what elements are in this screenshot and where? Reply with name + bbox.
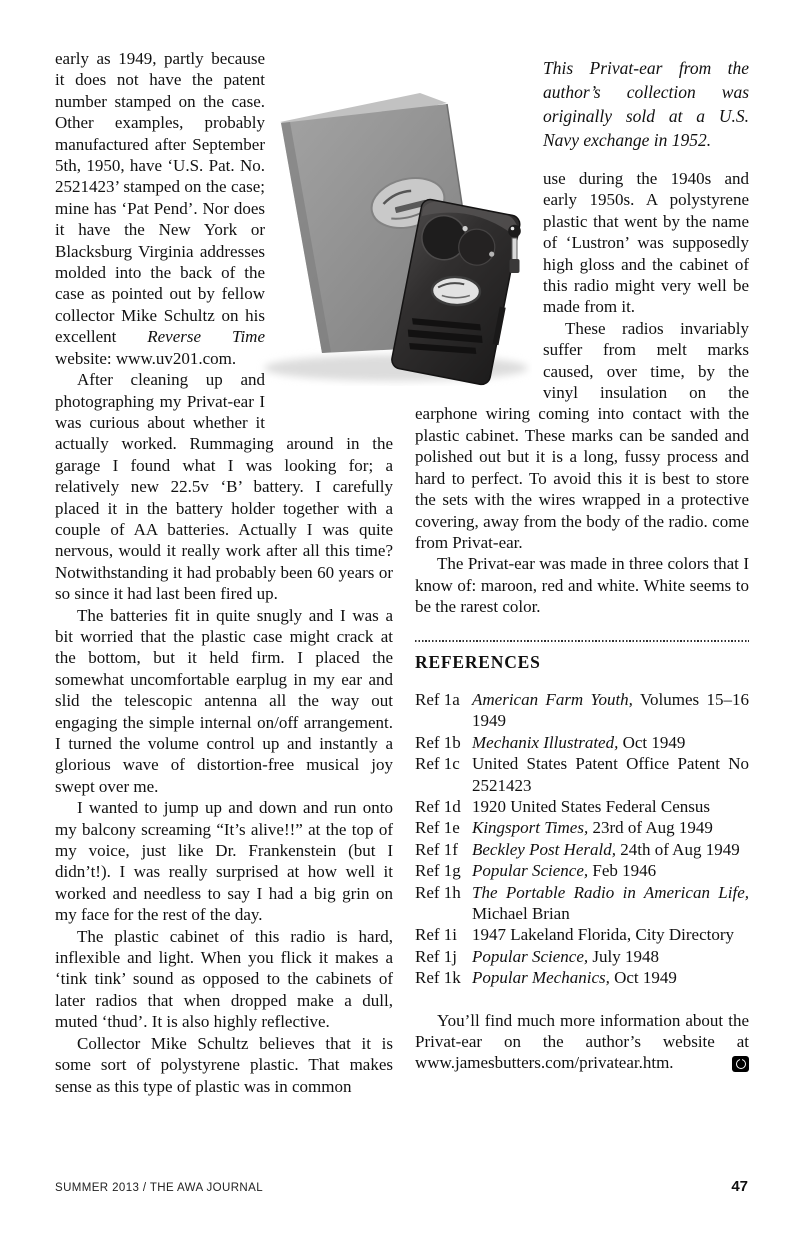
reference-text: Kingsport Times, 23rd of Aug 1949 [472, 817, 749, 838]
reference-text: United States Patent Office Patent No 25… [472, 753, 749, 796]
italic-title: American Farm Youth, [472, 690, 633, 709]
reference-text: American Farm Youth, Volumes 15–16 1949 [472, 689, 749, 732]
reference-item: Ref 1eKingsport Times, 23rd of Aug 1949 [415, 817, 749, 838]
italic-title: Reverse Time [147, 327, 265, 346]
reference-text: Popular Science, July 1948 [472, 946, 749, 967]
reference-text: The Portable Radio in American Life, Mic… [472, 882, 749, 925]
reference-label: Ref 1f [415, 839, 472, 860]
reference-item: Ref 1d1920 United States Federal Census [415, 796, 749, 817]
italic-title: Popular Mechanics, [472, 968, 610, 987]
reference-label: Ref 1a [415, 689, 472, 732]
reference-item: Ref 1hThe Portable Radio in American Lif… [415, 882, 749, 925]
reference-item: Ref 1cUnited States Patent Office Patent… [415, 753, 749, 796]
left-column: early as 1949, partly because it does no… [55, 48, 393, 1097]
paragraph-text: website: www.uv201.com. [55, 349, 236, 368]
italic-title: Beckley Post Herald, [472, 840, 616, 859]
page-footer: SUMMER 2013 / THE AWA JOURNAL 47 [55, 1178, 748, 1195]
reference-text: Popular Science, Feb 1946 [472, 860, 749, 881]
journal-issue-label: SUMMER 2013 / THE AWA JOURNAL [55, 1182, 263, 1194]
reference-item: Ref 1fBeckley Post Herald, 24th of Aug 1… [415, 839, 749, 860]
body-paragraph: The batteries fit in quite snugly and I … [55, 605, 393, 798]
reference-text: 1920 United States Federal Census [472, 796, 749, 817]
italic-title: Popular Science, [472, 947, 588, 966]
italic-title: Popular Science, [472, 861, 588, 880]
italic-title: Kingsport Times, [472, 818, 588, 837]
reference-label: Ref 1b [415, 732, 472, 753]
references-list: Ref 1aAmerican Farm Youth, Volumes 15–16… [415, 689, 749, 989]
paragraph-text: You’ll find much more information about … [415, 1011, 749, 1073]
dotted-rule [415, 640, 749, 642]
reference-item: Ref 1bMechanix Illustrated, Oct 1949 [415, 732, 749, 753]
body-paragraph: The Privat-ear was made in three colors … [415, 553, 749, 617]
paragraph-text: early as 1949, partly because it does no… [55, 49, 265, 346]
reference-label: Ref 1h [415, 882, 472, 925]
reference-item: Ref 1aAmerican Farm Youth, Volumes 15–16… [415, 689, 749, 732]
end-of-article-icon [732, 1056, 749, 1072]
reference-label: Ref 1g [415, 860, 472, 881]
reference-text: 1947 Lakeland Florida, City Directory [472, 924, 749, 945]
reference-item: Ref 1gPopular Science, Feb 1946 [415, 860, 749, 881]
reference-label: Ref 1j [415, 946, 472, 967]
photo-wrap-spacer [415, 50, 543, 393]
closing-paragraph: You’ll find much more information about … [415, 1010, 749, 1074]
right-column: This Privat-ear from the author’s collec… [415, 50, 749, 1074]
photo-wrap-spacer [265, 48, 393, 415]
reference-item: Ref 1kPopular Mechanics, Oct 1949 [415, 967, 749, 988]
body-paragraph: I wanted to jump up and down and run ont… [55, 797, 393, 925]
reference-label: Ref 1c [415, 753, 472, 796]
page-number: 47 [731, 1178, 748, 1195]
magazine-page: early as 1949, partly because it does no… [0, 0, 800, 1236]
reference-text: Mechanix Illustrated, Oct 1949 [472, 732, 749, 753]
references-heading: REFERENCES [415, 652, 749, 673]
reference-item: Ref 1i1947 Lakeland Florida, City Direct… [415, 924, 749, 945]
reference-text: Beckley Post Herald, 24th of Aug 1949 [472, 839, 749, 860]
italic-title: The Portable Radio in American Life, [472, 883, 749, 902]
reference-label: Ref 1i [415, 924, 472, 945]
body-paragraph: Collector Mike Schultz believes that it … [55, 1033, 393, 1097]
reference-label: Ref 1e [415, 817, 472, 838]
reference-label: Ref 1d [415, 796, 472, 817]
italic-title: Mechanix Illustrated, [472, 733, 618, 752]
body-paragraph: The plastic cabinet of this radio is har… [55, 926, 393, 1033]
reference-label: Ref 1k [415, 967, 472, 988]
reference-item: Ref 1jPopular Science, July 1948 [415, 946, 749, 967]
reference-text: Popular Mechanics, Oct 1949 [472, 967, 749, 988]
